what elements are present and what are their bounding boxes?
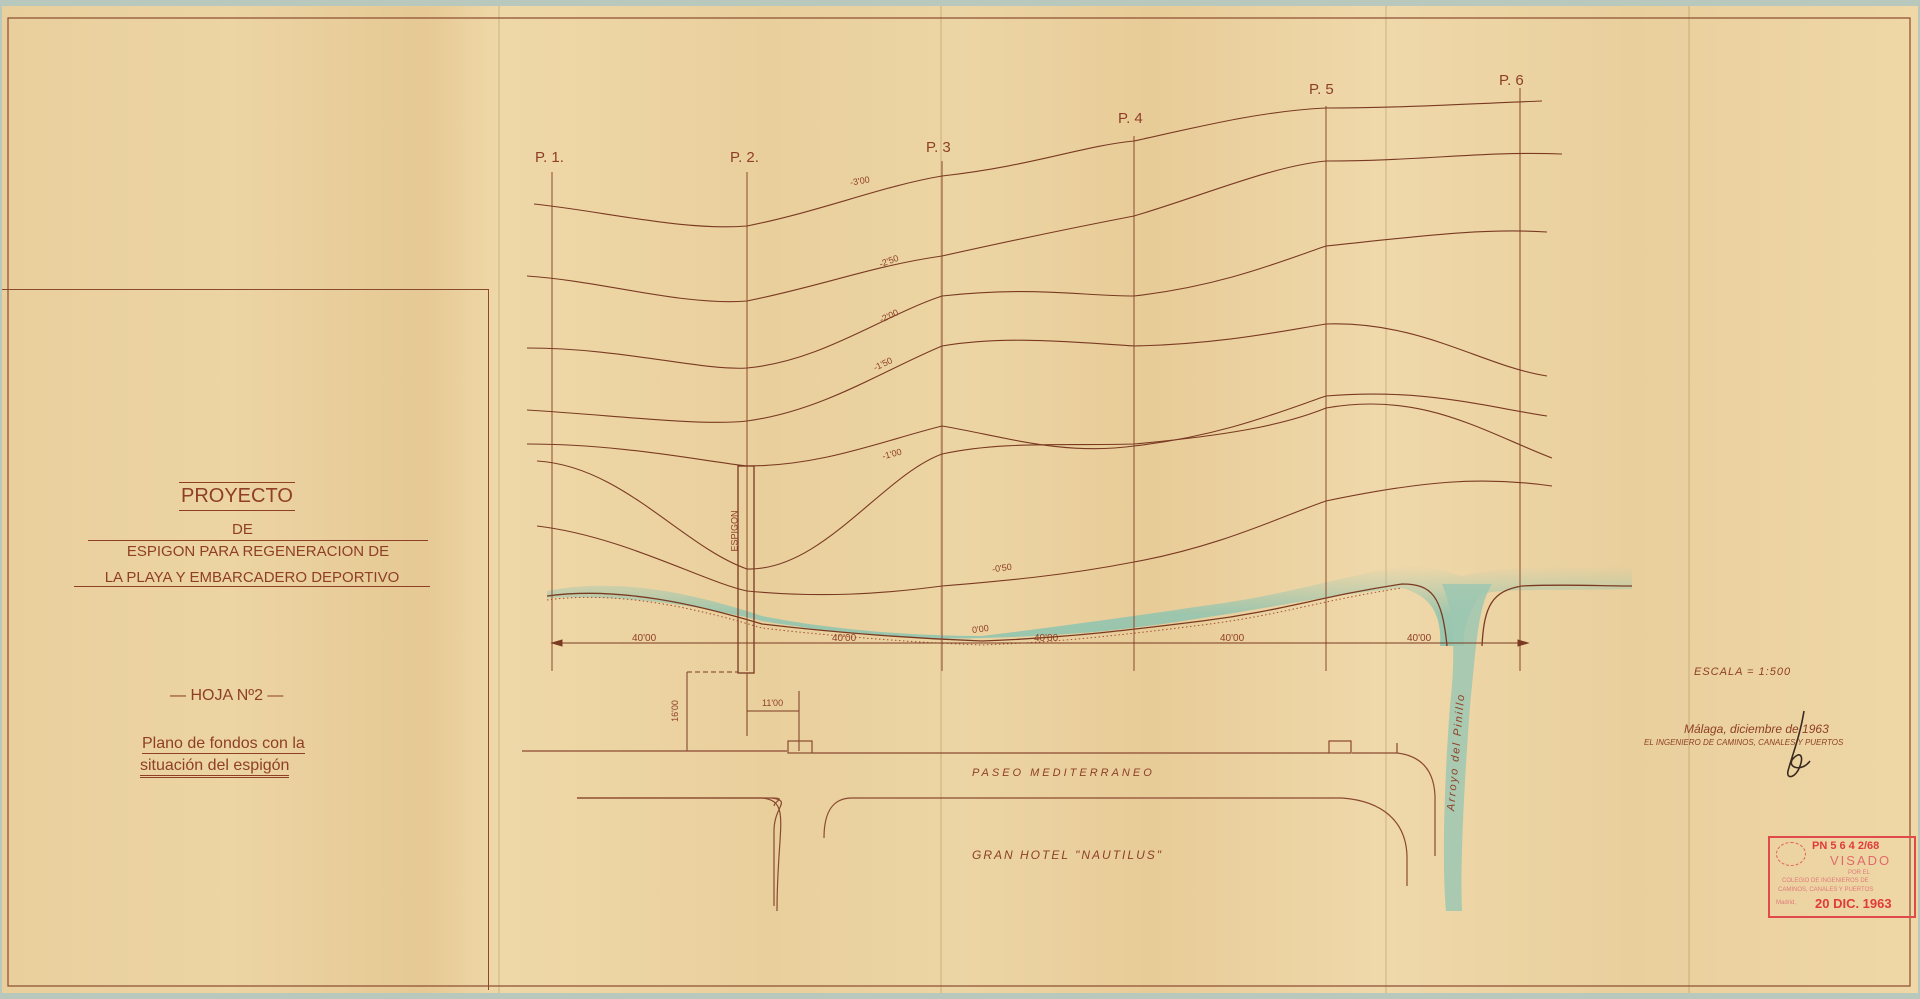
stamp-date: 20 DIC. 1963 (1815, 896, 1892, 911)
dimension-label: 40'00 (1220, 633, 1244, 644)
hotel-label: GRAN HOTEL "NAUTILUS" (972, 848, 1163, 862)
groyne-label: ESPIGON (730, 510, 740, 551)
sheet-number: — HOJA Nº2 — (170, 687, 283, 705)
profile-label: P. 6 (1499, 72, 1524, 89)
profile-label: P. 5 (1309, 81, 1334, 98)
profile-label: P. 4 (1118, 110, 1143, 127)
dimension-label: 40'00 (1407, 633, 1431, 644)
scale-label: ESCALA = 1:500 (1694, 666, 1791, 678)
dimension-label: 40'00 (632, 633, 656, 644)
project-heading: PROYECTO (179, 482, 295, 511)
stamp-number: PN 5 6 4 2/68 (1812, 840, 1879, 852)
sheet-number-text: HOJA Nº2 (190, 687, 263, 704)
project-title-line: ESPIGON PARA REGENERACION DE (88, 540, 428, 560)
title-block (2, 289, 489, 990)
stamp-text: POR EL (1848, 870, 1870, 876)
sheet-description: Plano de fondos con la (142, 735, 305, 754)
project-title-line: LA PLAYA Y EMBARCADERO DEPORTIVO (74, 569, 430, 587)
stamp-text: COLEGIO DE INGENIEROS DE (1782, 878, 1869, 884)
project-de: DE (232, 521, 253, 538)
profile-label: P. 2. (730, 149, 759, 166)
profile-label: P. 1. (535, 149, 564, 166)
dimension-label: 40'00 (832, 633, 856, 644)
emblem-icon (1776, 842, 1806, 866)
dimension-label: 40'00 (1034, 633, 1058, 644)
signature-icon (1772, 706, 1822, 786)
promenade-label: PASEO MEDITERRANEO (972, 767, 1155, 779)
dimension-label: 16'00 (670, 700, 680, 722)
approval-stamp: PN 5 6 4 2/68 VISADO POR EL COLEGIO DE I… (1768, 836, 1916, 918)
stamp-text: Madrid, (1776, 900, 1796, 906)
stamp-text: CAMINOS, CANALES Y PUERTOS (1778, 887, 1873, 893)
sheet-description: situación del espigón (140, 757, 289, 778)
profile-label: P. 3 (926, 139, 951, 156)
dimension-label: 11'00 (762, 698, 783, 708)
blueprint-sheet: P. 1. P. 2. P. 3 P. 4 P. 5 P. 6 -3'00 -2… (2, 6, 1918, 993)
stamp-title: VISADO (1830, 853, 1891, 868)
